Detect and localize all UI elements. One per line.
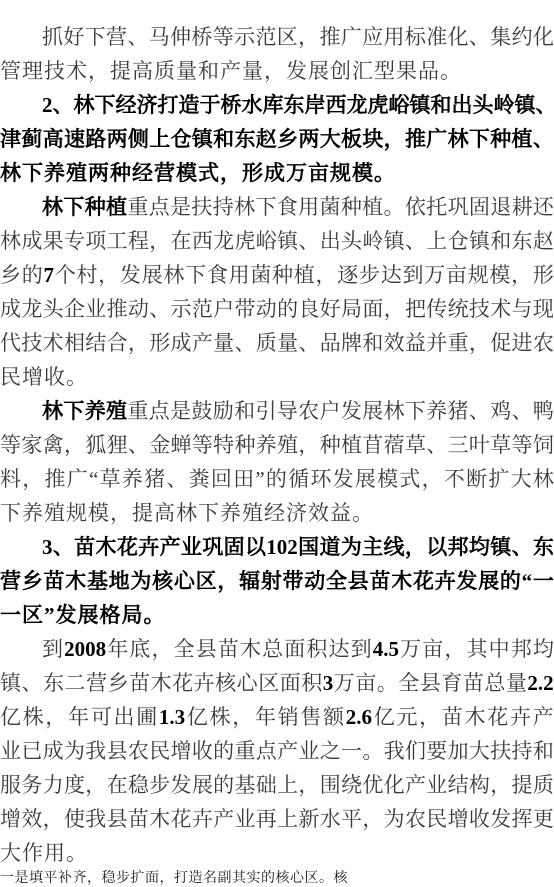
text-segment: 一区”发展格局。	[0, 603, 166, 627]
text-segment: 是	[170, 394, 191, 428]
text-segment: 3	[323, 666, 334, 700]
text-segment: 亩	[355, 666, 376, 700]
text-segment: 龙	[21, 292, 42, 326]
text-segment: 等	[213, 20, 234, 54]
text-segment: 植	[341, 428, 362, 462]
text-segment: 植	[512, 122, 533, 156]
text-segment: 植	[362, 190, 383, 224]
text-segment: 县	[107, 802, 128, 836]
text-segment: 苗	[369, 564, 390, 598]
text-segment: 桥	[191, 20, 212, 54]
text-segment: 效	[384, 326, 405, 360]
text-segment: 国	[298, 530, 319, 564]
text-segment: 业	[234, 802, 255, 836]
text-line: 林下种植重点是扶持林下食用菌种植。依托巩固退耕还	[0, 190, 554, 224]
text-segment: 块	[362, 122, 383, 156]
text-segment: 粪	[189, 462, 210, 496]
text-segment: 、	[533, 122, 554, 156]
text-line: 服务力度，在稳步发展的基础上，围绕优化产业结构，提质	[0, 768, 554, 802]
text-segment: 产	[213, 802, 234, 836]
text-segment: 形	[533, 258, 554, 292]
text-segment: 西	[192, 224, 213, 258]
text-segment: 3	[42, 530, 53, 564]
text-segment: 示	[234, 20, 255, 54]
text-segment: 元	[396, 700, 417, 734]
text-segment: 乡	[108, 666, 129, 700]
document-page: 抓好下营、马伸桥等示范区，推广应用标准化、集约化 管理技术，提高质量和产量，发展…	[0, 0, 554, 887]
text-segment: 用	[298, 190, 319, 224]
text-segment: 传	[426, 292, 447, 326]
text-segment: 县	[348, 564, 369, 598]
text-segment: 为	[130, 564, 151, 598]
text-segment: 绕	[341, 768, 362, 802]
text-segment: 平	[341, 802, 362, 836]
text-segment: 蓟	[21, 122, 42, 156]
text-segment: 和	[490, 224, 511, 258]
text-segment: 龙	[213, 224, 234, 258]
text-segment: 出	[114, 700, 135, 734]
text-segment: 并	[426, 326, 447, 360]
text-segment: 东	[512, 224, 533, 258]
text-line: 料，推广“草养猪、粪回田”的循环发展模式，不断扩大林	[0, 462, 554, 496]
text-segment: 经	[116, 88, 137, 122]
text-segment: 发	[341, 394, 362, 428]
text-segment: 。	[362, 734, 383, 768]
text-segment: 赵	[533, 224, 554, 258]
text-segment: 基	[87, 564, 108, 598]
text-segment: 达	[381, 258, 402, 292]
text-segment: 鸡	[490, 394, 511, 428]
text-segment: 扩	[488, 462, 509, 496]
text-segment: 重	[234, 734, 255, 768]
text-segment: 林	[0, 224, 21, 258]
text-segment: 、	[536, 88, 554, 122]
text-segment: ，	[298, 428, 319, 462]
text-segment: 龙	[347, 88, 368, 122]
text-segment: 促	[490, 326, 511, 360]
text-segment: 一是填平补齐，稳步扩面，打造名副其实的核心区。核	[0, 871, 348, 886]
text-segment: 引	[255, 394, 276, 428]
text-segment: 核	[152, 564, 173, 598]
text-segment: 苗	[129, 666, 150, 700]
text-segment: 工	[107, 224, 128, 258]
text-segment: 化	[448, 20, 469, 54]
text-segment: 饲	[533, 428, 554, 462]
text-segment: 巩	[202, 530, 223, 564]
text-segment: 株	[210, 700, 231, 734]
text-segment: 农	[128, 734, 149, 768]
text-segment: 发	[171, 768, 192, 802]
text-segment: ，	[152, 632, 173, 666]
text-segment: 田	[233, 462, 254, 496]
text-segment: 良	[298, 292, 319, 326]
text-segment: 下	[255, 190, 276, 224]
text-segment: 固	[224, 530, 245, 564]
text-segment: 核	[215, 666, 236, 700]
text-segment: 卉	[510, 700, 531, 734]
text-segment: 养	[122, 462, 143, 496]
text-segment: 全	[398, 666, 419, 700]
text-segment: 2.2	[527, 666, 553, 700]
text-segment: 禽	[43, 428, 64, 462]
text-segment: 营	[106, 20, 127, 54]
text-segment: 心	[237, 666, 258, 700]
text-segment: 县	[107, 734, 128, 768]
text-line: 营乡苗木基地为核心区，辐射带动全县苗木花卉发展的“一	[0, 564, 554, 598]
text-segment: ，	[444, 632, 465, 666]
text-segment: 鼓	[191, 394, 212, 428]
text-segment: 业	[0, 734, 21, 768]
text-segment: 两	[107, 122, 128, 156]
text-segment: 式	[399, 462, 420, 496]
text-segment: 、	[426, 428, 447, 462]
text-segment: 苜	[362, 428, 383, 462]
text-segment: 万	[424, 258, 445, 292]
text-segment: 花	[171, 802, 192, 836]
text-segment: 技	[21, 326, 42, 360]
text-segment: 再	[256, 802, 277, 836]
text-segment: 围	[320, 768, 341, 802]
text-segment: 镇	[469, 224, 490, 258]
text-segment: 用	[384, 20, 405, 54]
text-segment: 积	[301, 666, 322, 700]
text-segment: 镇	[490, 530, 511, 564]
text-segment: 、	[298, 326, 319, 360]
text-segment: 猪	[448, 394, 469, 428]
text-segment: 东	[284, 88, 305, 122]
text-segment: 叶	[469, 428, 490, 462]
text-segment: 模	[489, 258, 510, 292]
text-line: 一区”发展格局。	[0, 598, 554, 632]
text-segment: 狸	[107, 428, 128, 462]
text-segment: 于	[200, 88, 221, 122]
text-segment: 回	[211, 462, 232, 496]
text-segment: 规	[468, 258, 489, 292]
text-segment: 扶	[191, 190, 212, 224]
text-line: 林下养殖重点是鼓励和引导农户发展林下养猪、鸡、鸭	[0, 394, 554, 428]
text-segment: 、	[53, 88, 74, 122]
text-segment: 年	[68, 700, 89, 734]
text-segment: 林	[384, 394, 405, 428]
text-segment: 林	[74, 88, 95, 122]
text-segment: 代	[0, 326, 21, 360]
text-line: 亿株，年可出圃1.3亿株，年销售额2.6亿元，苗木花卉产	[0, 700, 554, 734]
text-segment: 植	[294, 258, 315, 292]
text-segment: 马	[149, 20, 170, 54]
text-segment: 集	[490, 20, 511, 54]
text-segment: 把	[405, 292, 426, 326]
text-segment: 发	[333, 462, 354, 496]
text-segment: 的	[22, 258, 43, 292]
text-segment: 收	[469, 802, 490, 836]
text-segment: 持	[512, 734, 533, 768]
text-segment: ，	[149, 224, 170, 258]
text-segment: 虎	[368, 88, 389, 122]
text-segment: 点	[256, 734, 277, 768]
text-segment: 、	[166, 462, 187, 496]
text-segment: 、	[405, 224, 426, 258]
text-segment: 重	[127, 394, 148, 428]
text-segment: 大作用。	[0, 841, 88, 865]
text-segment: 种	[320, 428, 341, 462]
text-segment: 术	[43, 326, 64, 360]
text-segment: 总	[484, 666, 505, 700]
text-segment: 以	[245, 530, 266, 564]
text-segment: 打	[158, 88, 179, 122]
text-segment: 料	[0, 462, 21, 496]
text-segment: 大	[469, 734, 490, 768]
text-segment: 蓿	[384, 428, 405, 462]
text-column: 抓好下营、马伸桥等示范区，推广应用标准化、集约化 管理技术，提高质量和产量，发展…	[0, 20, 554, 887]
text-segment: 发	[490, 802, 511, 836]
text-segment: 区	[277, 20, 298, 54]
text-segment: 下	[63, 190, 84, 224]
text-segment: 和	[533, 734, 554, 768]
text-line: 下养殖规模，提高林下养殖经济效益。	[0, 496, 554, 530]
text-segment: 东	[533, 530, 554, 564]
text-segment: ，	[98, 258, 119, 292]
text-line: 业已成为我县农民增收的重点产业之一。我们要加大扶持和	[0, 734, 554, 768]
text-segment: 养	[256, 428, 277, 462]
text-segment: 中	[489, 632, 510, 666]
text-segment: 主	[362, 530, 383, 564]
text-segment: 业	[85, 292, 106, 326]
text-segment: 和	[431, 88, 452, 122]
text-segment: 乡	[277, 122, 298, 156]
text-segment: 造	[179, 88, 200, 122]
text-segment: 两	[298, 122, 319, 156]
text-segment: 、	[469, 394, 490, 428]
text-segment: 镇	[515, 88, 536, 122]
text-segment: 林	[448, 122, 469, 156]
text-segment: 草	[490, 428, 511, 462]
text-segment: 苗	[218, 632, 239, 666]
text-segment: 质	[256, 326, 277, 360]
text-segment: ，	[316, 258, 337, 292]
text-segment: 全	[174, 632, 195, 666]
text-segment: 东	[234, 122, 255, 156]
text-segment: 岭	[362, 224, 383, 258]
text-segment: 、	[469, 20, 490, 54]
text-segment: 术	[490, 292, 511, 326]
text-segment: 特	[213, 428, 234, 462]
text-segment: 养	[426, 394, 447, 428]
text-segment: 企	[64, 292, 85, 326]
text-segment: 均	[533, 632, 554, 666]
text-segment: 效	[21, 802, 42, 836]
text-segment: 产	[192, 326, 213, 360]
text-segment: 、	[53, 530, 74, 564]
text-segment: 头	[341, 224, 362, 258]
text-segment: 西	[326, 88, 347, 122]
text-segment: ，	[490, 768, 511, 802]
text-segment: 和	[213, 122, 234, 156]
text-segment: 伸	[170, 20, 191, 54]
text-segment: 力	[43, 768, 64, 802]
text-segment: 、	[127, 20, 148, 54]
text-segment: 食	[277, 190, 298, 224]
text-segment: 成	[0, 292, 21, 326]
text-segment: 重	[127, 190, 148, 224]
text-segment: 更	[533, 802, 554, 836]
text-segment: 1.3	[159, 700, 185, 734]
text-segment: 耕	[512, 190, 533, 224]
text-segment: 菌	[319, 190, 340, 224]
text-segment: 农	[405, 802, 426, 836]
text-line: 管理技术，提高质量和产量，发展创汇型果品。	[0, 54, 554, 88]
text-segment: 心	[174, 564, 195, 598]
text-segment: ，	[85, 768, 106, 802]
text-segment: 发	[120, 258, 141, 292]
text-segment: 销	[278, 700, 299, 734]
text-segment: 邦	[511, 632, 532, 666]
text-segment: 桥	[221, 88, 242, 122]
text-segment: 带	[234, 292, 255, 326]
text-segment: 我	[85, 734, 106, 768]
text-segment: 等	[512, 428, 533, 462]
text-segment: 使	[64, 802, 85, 836]
text-segment: 总	[262, 632, 283, 666]
text-segment: 为	[341, 530, 362, 564]
text-segment: 可	[91, 700, 112, 734]
text-segment: 植	[106, 190, 127, 224]
text-segment: 卉	[435, 564, 456, 598]
text-segment: 点	[149, 190, 170, 224]
text-line: 增效，使我县苗木花卉产业再上新水平，为农民增收发挥更	[0, 802, 554, 836]
text-segment: 年	[255, 700, 276, 734]
text-segment: 达	[329, 632, 350, 666]
text-segment: 邦	[448, 530, 469, 564]
text-segment: 下	[185, 258, 206, 292]
text-segment: 区	[196, 564, 217, 598]
text-segment: 应	[362, 20, 383, 54]
text-segment: 发	[456, 564, 477, 598]
text-segment: 面	[362, 292, 383, 326]
text-segment: 品	[320, 326, 341, 360]
text-segment: 抓	[42, 20, 63, 54]
text-segment: 展	[192, 768, 213, 802]
text-segment: 亩	[446, 258, 467, 292]
text-segment: 虎	[234, 224, 255, 258]
text-segment: 民增收。	[0, 365, 88, 389]
text-segment: “	[522, 564, 533, 598]
text-segment: 万	[334, 666, 355, 700]
text-segment: 托	[426, 190, 447, 224]
text-segment: ，	[384, 122, 405, 156]
text-segment: 三	[448, 428, 469, 462]
text-segment: 步	[149, 768, 170, 802]
text-segment: 范	[255, 20, 276, 54]
text-segment: 逐	[337, 258, 358, 292]
text-segment: 、	[128, 428, 149, 462]
text-line: 乡的7个村，发展林下食用菌种植，逐步达到万亩规模，形	[0, 258, 554, 292]
text-line: 林成果专项工程，在西龙虎峪镇、出头岭镇、上仓镇和东赵	[0, 224, 554, 258]
text-segment: 猪	[144, 462, 165, 496]
text-segment: 重	[448, 326, 469, 360]
text-segment: 岭	[494, 88, 515, 122]
text-segment: 仓	[171, 122, 192, 156]
text-segment: 赵	[256, 122, 277, 156]
text-segment: 务	[21, 768, 42, 802]
text-segment: 标	[405, 20, 426, 54]
text-segment: 万	[400, 632, 421, 666]
text-segment: ，	[469, 326, 490, 360]
text-segment: 林	[42, 190, 63, 224]
text-segment: ，	[384, 292, 405, 326]
text-segment: 。	[377, 666, 398, 700]
text-segment: 专	[64, 224, 85, 258]
text-segment: 上	[149, 122, 170, 156]
text-segment: 服	[0, 768, 21, 802]
text-segment: 林	[234, 190, 255, 224]
text-segment: 的	[213, 768, 234, 802]
text-segment: 到	[402, 258, 423, 292]
text-segment: 户	[319, 394, 340, 428]
text-segment: 额	[323, 700, 344, 734]
text-segment: 约	[512, 20, 533, 54]
text-line: 等家禽，狐狸、金蝉等特种养殖，种植苜蓿草、三叶草等饲	[0, 428, 554, 462]
text-segment: 我	[85, 802, 106, 836]
text-segment: 优	[362, 768, 383, 802]
text-segment: 提	[512, 768, 533, 802]
text-segment: 、	[22, 666, 43, 700]
text-segment: 展	[142, 258, 163, 292]
text-segment: 鸭	[533, 394, 554, 428]
text-segment: 循	[288, 462, 309, 496]
text-segment: 圃	[136, 700, 157, 734]
text-segment: 木	[149, 802, 170, 836]
text-segment: 峪	[256, 224, 277, 258]
text-segment: 大	[320, 122, 341, 156]
text-segment: 亿	[187, 700, 208, 734]
text-segment: 镇	[277, 224, 298, 258]
text-segment: 济	[137, 88, 158, 122]
text-segment: 株	[23, 700, 44, 734]
text-segment: 板	[341, 122, 362, 156]
text-segment: 积	[306, 632, 327, 666]
text-segment: 乡	[0, 258, 21, 292]
text-segment: 花	[117, 530, 138, 564]
text-segment: 头	[473, 88, 494, 122]
text-segment: 质	[533, 768, 554, 802]
text-segment: 广	[341, 20, 362, 54]
text-segment: 断	[466, 462, 487, 496]
text-segment: 狐	[85, 428, 106, 462]
text-segment: 励	[213, 394, 234, 428]
text-segment: 镇	[192, 122, 213, 156]
text-line: 一是填平补齐，稳步扩面，打造名副其实的核心区。核	[0, 870, 554, 887]
text-segment: 动	[128, 292, 149, 326]
text-segment: 均	[469, 530, 490, 564]
text-segment: 售	[300, 700, 321, 734]
text-segment: 木	[391, 564, 412, 598]
text-segment: 木	[465, 700, 486, 734]
text-segment: 菌	[250, 258, 271, 292]
text-segment: ，	[511, 258, 532, 292]
text-line: 2、林下经济打造于桥水库东岸西龙虎峪镇和出头岭镇、	[0, 88, 554, 122]
text-segment: 业	[181, 530, 202, 564]
text-segment: 大	[511, 462, 532, 496]
text-segment: ，	[298, 20, 319, 54]
text-segment: 推	[319, 20, 340, 54]
text-segment: 是	[170, 190, 191, 224]
text-line: 3、苗木花卉产业巩固以102国道为主线，以邦均镇、东	[0, 530, 554, 564]
text-segment: 草	[405, 428, 426, 462]
text-segment: 化	[533, 20, 554, 54]
text-segment: 卉	[138, 530, 159, 564]
text-segment: 为	[64, 734, 85, 768]
text-segment: 2008	[64, 632, 106, 666]
